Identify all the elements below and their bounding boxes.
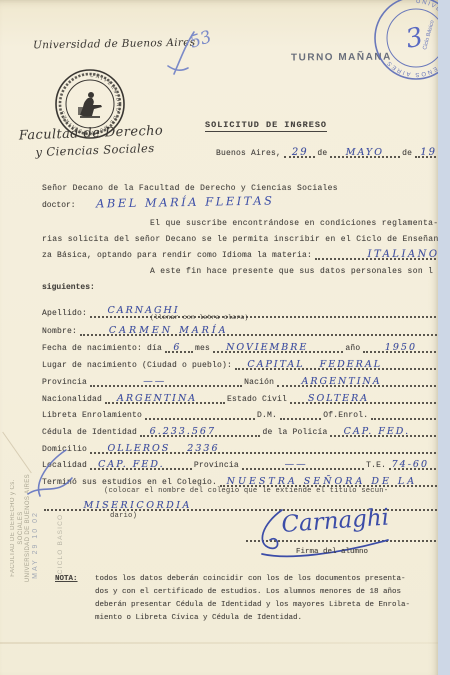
seated-figure-icon [78,92,102,118]
dm-label: D.M. [257,411,278,420]
dateline-de2: de [402,149,413,158]
dateline: Buenos Aires, 29 de MAYO de 19 [216,146,438,158]
nacion-dots: ARGENTINA [277,375,438,387]
nacionalidad-row: Nacionalidad ARGENTINA Estado Civil SOLT… [42,392,438,404]
localidad-hand: CAP. FED. [98,459,164,470]
handwritten-53-annotation: 53 [160,22,224,80]
nacion-hand: ARGENTINA [302,376,382,387]
colegio-note1: (colocar el nombre del colegio que le ex… [104,487,388,495]
libreta-dots [145,408,255,420]
form-title: SOLICITUD DE INGRESO [205,120,327,132]
nota-line-3: deberán presentar Cédula de Identidad y … [95,601,410,609]
paper-crease [0,642,438,644]
lugar-hand: CAPITAL FEDERAL [247,359,382,370]
nombre-dots: CARMEN MARÍA [80,324,438,336]
colegio-note2: dario) [110,512,137,520]
fecha-row: Fecha de nacimiento: día 6 mes NOVIEMBRE… [42,341,438,353]
nombre-hand: CARMEN MARÍA [109,325,229,336]
fecha-ano-hand: 1950 [385,342,417,353]
te-label: T.E. [366,461,387,470]
date-received-stamp: MAY 29 10 02 [32,494,39,596]
estado-civil-hand: SOLTERA [308,393,369,404]
te-dots: 74-60 [389,458,438,470]
scanned-admission-form: Universidad de Buenos Aires UNIVERSIDAD … [0,0,450,675]
nombre-row: Nombre: CARMEN MARÍA [42,324,438,336]
hand-number-53: 53 [187,27,214,53]
provincia-row: Provincia —— Nación ARGENTINA [42,375,438,387]
idioma-dots: ITALIANO [315,248,438,260]
fecha-ano-dots: 1950 [363,341,438,353]
cedula-label: Cédula de Identidad [42,428,138,437]
domicilio-dots: OLLEROS 2336 [90,442,438,454]
fecha-label: Fecha de nacimiento: día [42,344,163,353]
nacionalidad-label: Nacionalidad [42,395,103,404]
dateline-month-hand: MAYO [346,147,384,158]
idioma-hand: ITALIANO [368,249,438,260]
nacionalidad-dots: ARGENTINA [105,392,225,404]
dateline-year-hand: 19 [420,147,437,158]
provincia-dots: —— [90,375,242,387]
paragraph-line4: A este fin hace presente que sus datos p… [150,267,433,276]
provincia-dash-hand: —— [143,376,166,387]
provincia2-dash-hand: —— [285,459,308,470]
apellido-dots: CARNAGHI [90,306,438,318]
idioma-row: za Básica, optando para rendir como Idio… [42,248,438,260]
domicilio-hand: OLLEROS 2336 [108,443,220,454]
localidad-dots: CAP. FED. [90,458,192,470]
idioma-label: za Básica, optando para rendir como Idio… [42,251,313,260]
apellido-note: (llenar con letra clara) [150,314,248,321]
of-enrol-label: Of.Enrol. [323,411,369,420]
salutation-line: Señor Decano de la Facultad de Derecho y… [42,184,338,193]
misericordia-hand: MISERICORDIA [84,500,192,511]
doctor-name-hand: ABEL MARÍA FLEITAS [96,193,275,210]
domicilio-row: Domicilio OLLEROS 2336 [42,442,438,454]
nota-line-1: todos los datos deberán coincidir con lo… [95,575,406,583]
provincia-label: Provincia [42,378,88,387]
lugar-label: Lugar de nacimiento (Ciudad o pueblo): [42,361,233,370]
paper-sheet: Universidad de Buenos Aires UNIVERSIDAD … [0,0,438,675]
nota-line-4: miento o Libreta Cívica y Cédula de Iden… [95,614,302,622]
fecha-mes-hand: NOVIEMBRE [226,342,308,353]
of-enrol-dots [371,408,438,420]
colegio-hand: NUESTRA SEÑORA DE LA [227,476,417,487]
ink-flourish-mark [20,444,78,506]
nota-line-2: dos y con el certificado de estudios. Lo… [95,588,401,596]
policia-dots: CAP. FED. [330,425,438,437]
cedula-row: Cédula de Identidad 6.233.567 de la Poli… [42,425,438,437]
te-hand: 74-60 [392,459,429,470]
paragraph-line5: siguientes: [42,283,95,292]
fecha-mes-dots: NOVIEMBRE [213,341,343,353]
mes-label: mes [195,344,211,353]
doctor-label: doctor: [42,201,76,210]
scan-edge-strip [438,0,450,675]
cedula-hand: 6.233.567 [150,426,216,437]
paragraph-line2: rias solicita del señor Decano se le per… [42,235,438,244]
fecha-dia-hand: 6 [173,342,181,353]
apellido-label: Apellido: [42,309,88,318]
nombre-label: Nombre: [42,327,78,336]
provincia2-label: Provincia [194,461,240,470]
cedula-dots: 6.233.567 [140,425,260,437]
policia-label: de la Policía [262,428,328,437]
dm-dots [280,408,321,420]
paragraph-line1: El que suscribe encontrándose en condici… [150,219,438,228]
round-stamp-center-text: Ciclo Básico [422,20,436,51]
libreta-row: Libreta Enrolamiento D.M. Of.Enrol. [42,408,438,420]
colegio-row: Terminó sus estudios en el Colegio. NUES… [42,475,438,487]
estado-civil-dots: SOLTERA [290,392,438,404]
lugar-row: Lugar de nacimiento (Ciudad o pueblo): C… [42,358,438,370]
libreta-label: Libreta Enrolamiento [42,411,143,420]
colegio-dots: NUESTRA SEÑORA DE LA [220,475,438,487]
signature-name: Carnaghi [281,505,390,538]
nacion-label: Nación [244,378,275,387]
lugar-dots: CAPITAL FEDERAL [235,358,438,370]
dateline-de1: de [317,149,328,158]
estado-civil-label: Estado Civil [227,395,288,404]
nacionalidad-hand: ARGENTINA [117,393,197,404]
localidad-row: Localidad CAP. FED. Provincia —— T.E. 74… [42,458,438,470]
policia-hand: CAP. FED. [344,426,410,437]
provincia2-dots: —— [242,458,364,470]
signature-caption: Firma del alumno [296,548,368,556]
fecha-dia-dots: 6 [165,341,193,353]
ano-label: año [345,344,361,353]
dateline-day-hand: 29 [292,147,309,158]
dateline-day-dots: 29 [284,146,315,158]
dateline-month-dots: MAYO [330,146,400,158]
dateline-city: Buenos Aires, [216,149,282,158]
dateline-year-dots: 19 [415,146,436,158]
round-ink-stamp: UNIVERSIDAD DE BUENOS AIRES 3 Ciclo Bási… [368,0,438,86]
